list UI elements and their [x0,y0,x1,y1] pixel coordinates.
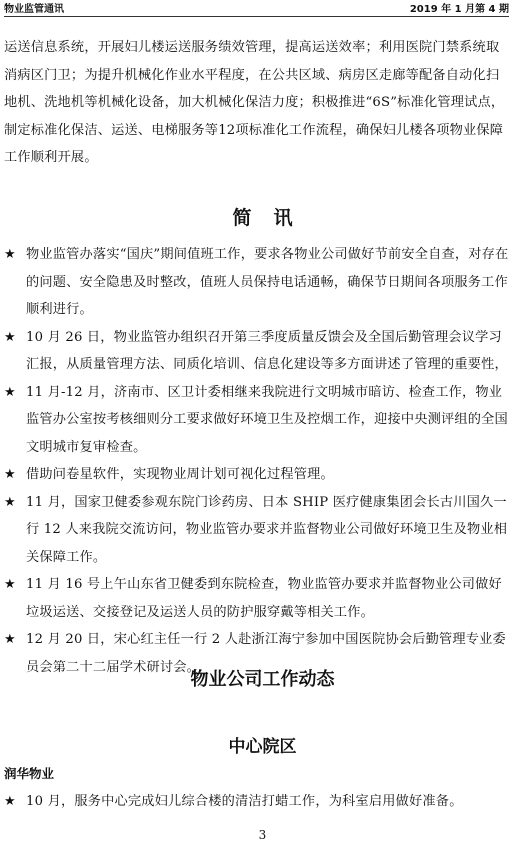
company-section-title: 物业公司工作动态 [0,665,525,691]
page-header: 物业监管通讯 2019 年 1 月第 4 期 [4,0,509,17]
star-bullet-icon: ★ [4,241,16,269]
news-section-title: 简讯 [0,203,525,230]
star-bullet-icon: ★ [4,626,16,654]
company-news-list: ★ 10 月，服务中心完成妇儿综合楼的清洁打蜡工作，为科室启用做好准备。 [4,788,514,816]
company-news-item-text: 10 月，服务中心完成妇儿综合楼的清洁打蜡工作，为科室启用做好准备。 [26,794,463,809]
star-bullet-icon: ★ [4,461,16,489]
star-bullet-icon: ★ [4,788,16,816]
news-item-text: 10 月 26 日，物业监管办组织召开第三季度质量反馈会及全国后勤管理会议学习汇… [26,330,508,373]
news-item: ★ 11 月，国家卫健委参观东院门诊药房、日本 SHIP 医疗健康集团会长古川国… [4,489,514,572]
news-list: ★ 物业监管办落实“国庆”期间值班工作，要求各物业公司做好节前安全自查，对存在的… [4,241,514,681]
news-item-text: 物业监管办落实“国庆”期间值班工作，要求各物业公司做好节前安全自查，对存在的问题… [26,247,508,317]
star-bullet-icon: ★ [4,324,16,352]
star-bullet-icon: ★ [4,571,16,599]
news-item-text: 11 月，国家卫健委参观东院门诊药房、日本 SHIP 医疗健康集团会长古川国久一… [26,495,507,565]
intro-paragraph: 运送信息系统，开展妇儿楼运送服务绩效管理，提高运送效率；利用医院门禁系统取消病区… [4,34,512,172]
news-item-text: 11 月-12 月，济南市、区卫计委相继来我院进行文明城市暗访、检查工作，物业监… [26,385,508,455]
star-bullet-icon: ★ [4,489,16,517]
publication-title: 物业监管通讯 [4,0,64,15]
news-item-text: 11 月 16 号上午山东省卫健委到东院检查，物业监管办要求并监督物业公司做好垃… [26,577,502,620]
news-item: ★ 11 月-12 月，济南市、区卫计委相继来我院进行文明城市暗访、检查工作，物… [4,379,514,462]
news-item: ★ 借助问卷星软件，实现物业周计划可视化过程管理。 [4,461,514,489]
company-name: 润华物业 [4,764,54,782]
news-item: ★ 10 月 26 日，物业监管办组织召开第三季度质量反馈会及全国后勤管理会议学… [4,324,514,379]
campus-subtitle: 中心院区 [0,732,525,757]
star-bullet-icon: ★ [4,379,16,407]
news-item-text: 借助问卷星软件，实现物业周计划可视化过程管理。 [26,467,334,482]
news-item: ★ 11 月 16 号上午山东省卫健委到东院检查，物业监管办要求并监督物业公司做… [4,571,514,626]
company-news-item: ★ 10 月，服务中心完成妇儿综合楼的清洁打蜡工作，为科室启用做好准备。 [4,788,514,816]
news-item: ★ 物业监管办落实“国庆”期间值班工作，要求各物业公司做好节前安全自查，对存在的… [4,241,514,324]
page-number: 3 [0,828,525,842]
issue-label: 2019 年 1 月第 4 期 [410,0,509,15]
